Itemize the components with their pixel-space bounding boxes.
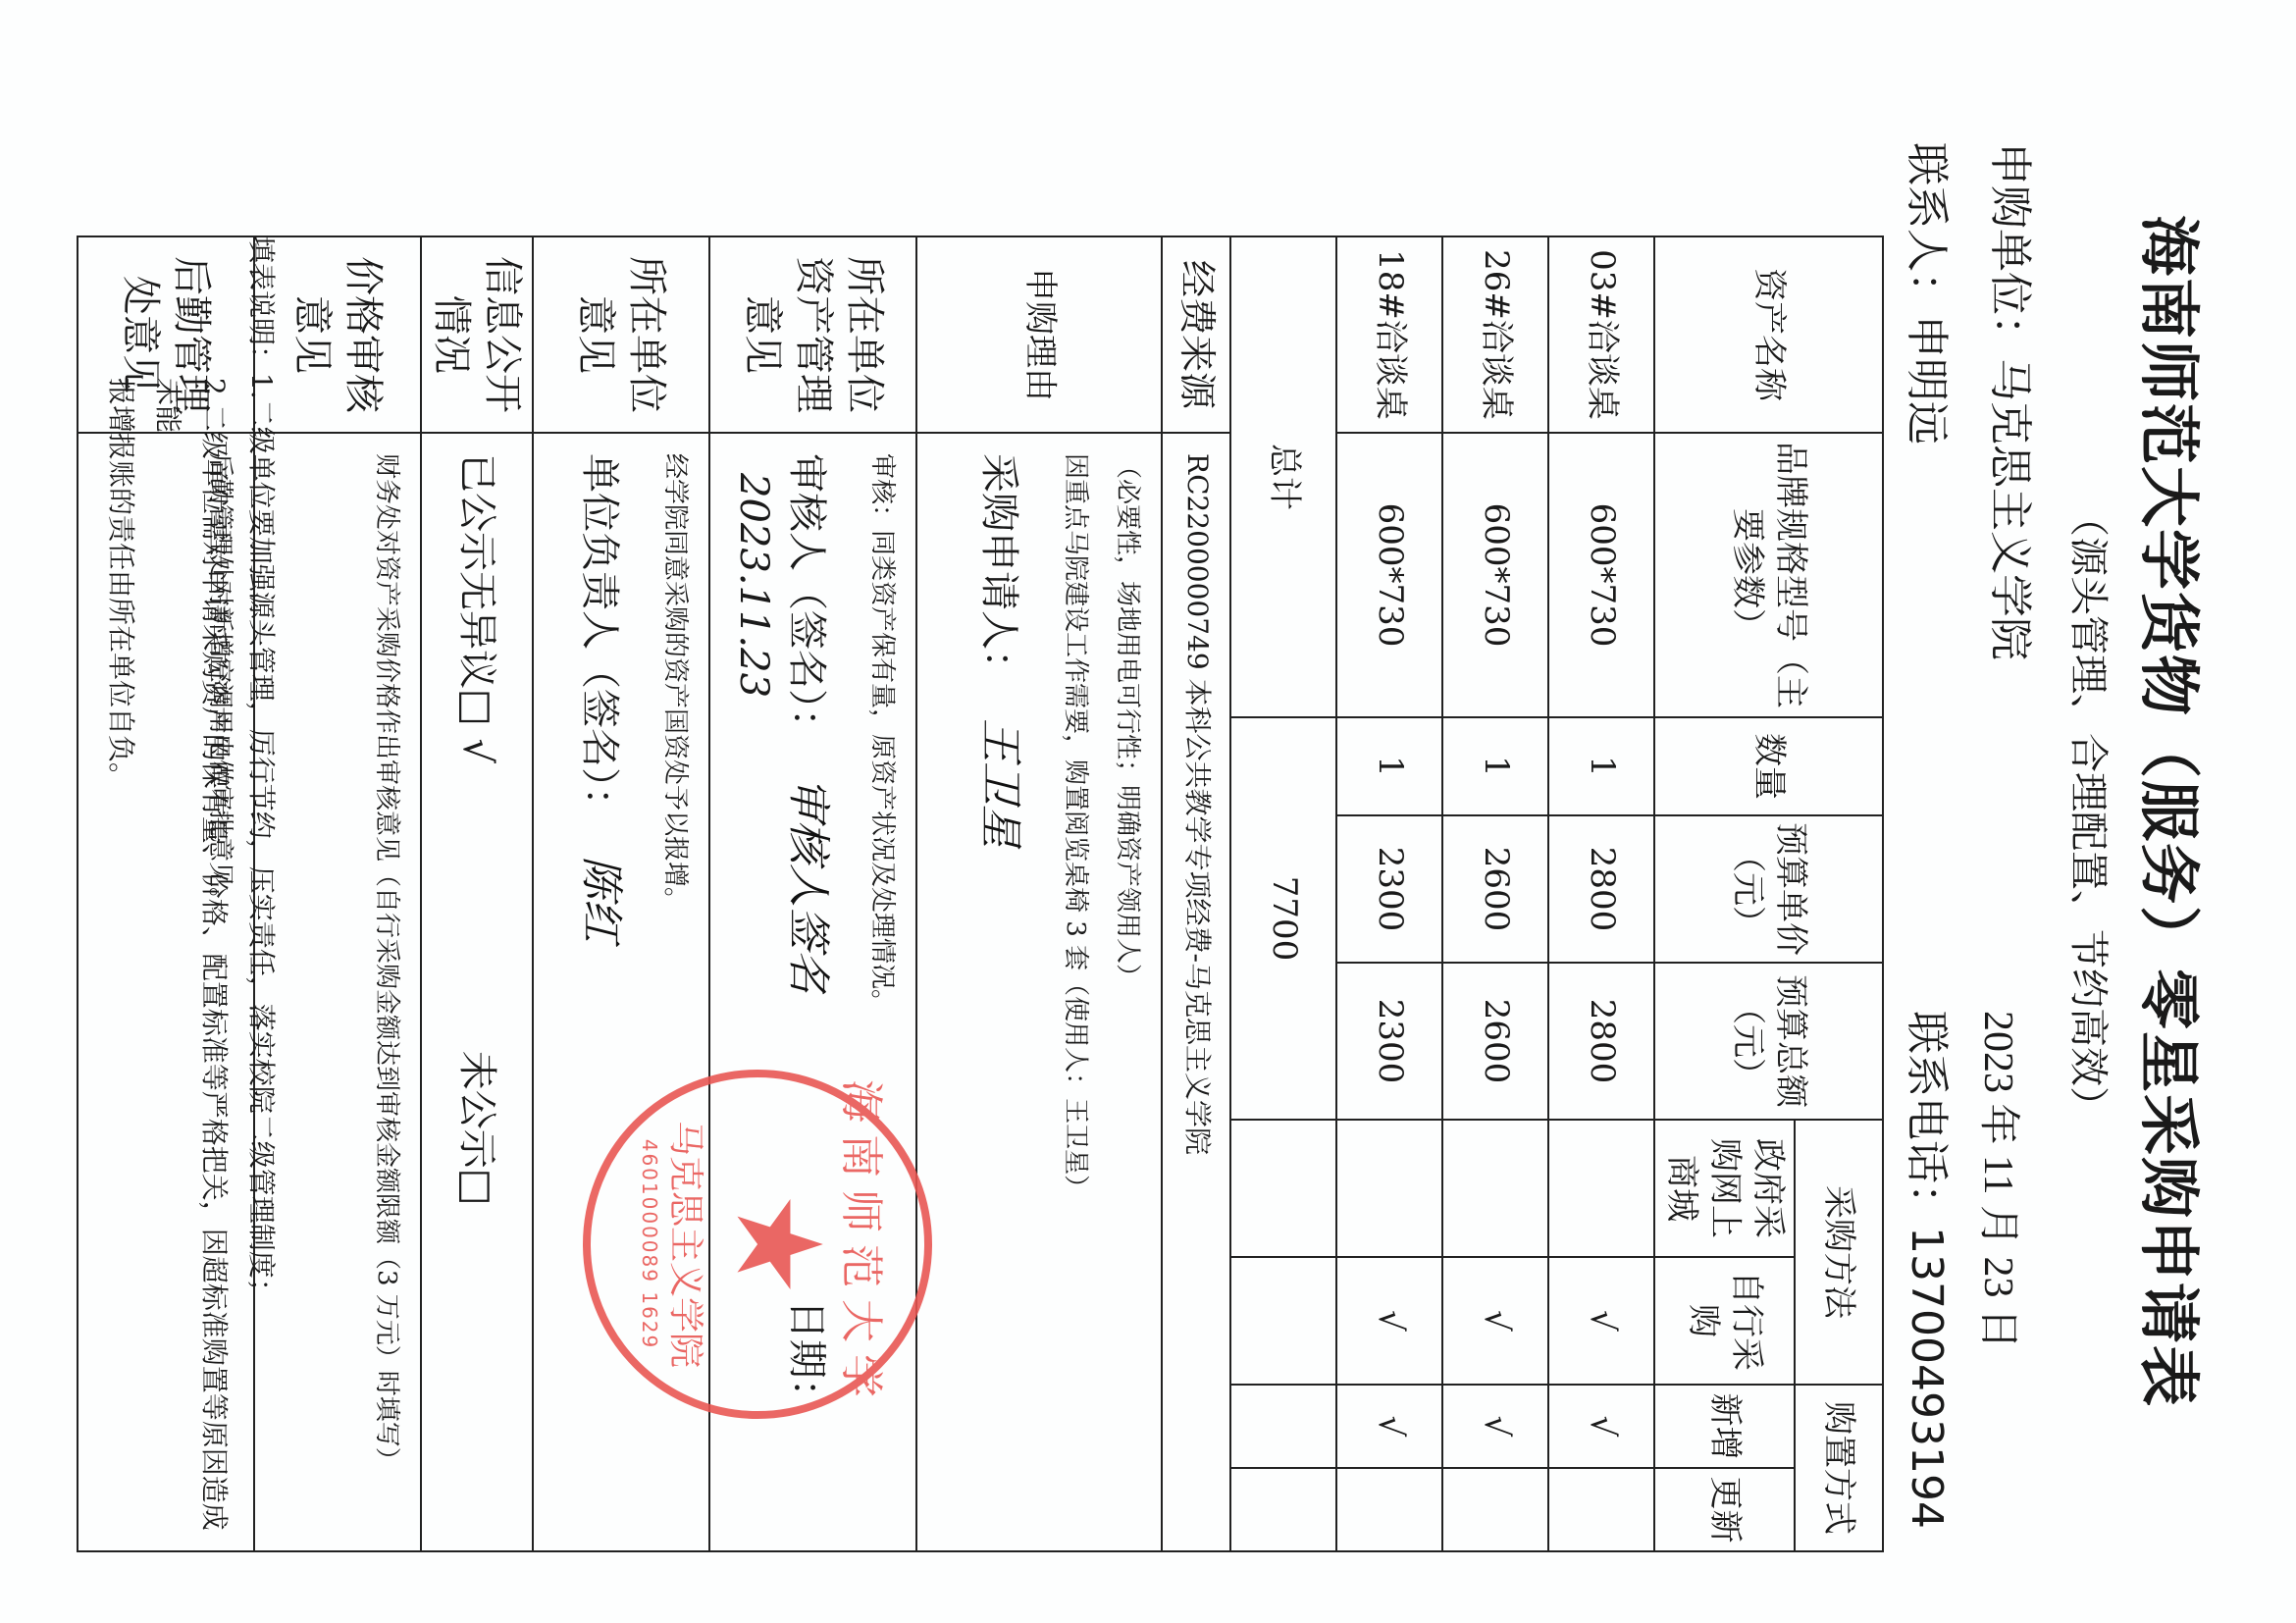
unit-opinion-cell: 经学院同意采购的资产国资处予以报增。 单位负责人（签名）：陈红	[533, 433, 709, 1551]
disclosure-not-checkbox[interactable]: 未公示□	[454, 1051, 499, 1206]
header-quantity: 数量	[1654, 717, 1883, 815]
reason-row: 申购理由 （必要性，场地用电可行性；明确资产领用人） 因重点马院建设工作需要，购…	[916, 236, 1162, 1551]
contact-person: 联系人：申明远	[1900, 142, 1962, 445]
header-type-new: 新增	[1654, 1385, 1795, 1468]
header-total: 预算总额（元）	[1654, 963, 1883, 1120]
unit-leader-signature: 陈红	[576, 856, 626, 942]
type-replace-check	[1336, 1468, 1442, 1551]
asset-qty: 1	[1442, 717, 1548, 815]
asset-total: 2600	[1442, 963, 1548, 1120]
total-label: 总计	[1230, 236, 1336, 717]
header-method-self: 自行采购	[1654, 1257, 1795, 1385]
table-row: 18#洽谈桌 600*730 1 2300 2300 √ √	[1336, 236, 1442, 1551]
reviewer-line: 审核人（签名）：审核人签名 日期：2023.11.23	[728, 453, 835, 1531]
disclosure-done-checkbox[interactable]: 已公示无异议□ √	[454, 453, 499, 763]
asset-total: 2300	[1336, 963, 1442, 1120]
phone-value: 13700493194	[1902, 1227, 1952, 1529]
funding-value: RC2200000749 本科公共教学专项经费-马克思主义学院	[1162, 433, 1230, 1551]
header-unit-price: 预算单价（元）	[1654, 815, 1883, 963]
reviewer-label: 审核人（签名）：	[784, 453, 829, 748]
header-type-replace: 更新	[1654, 1468, 1795, 1551]
applicant-unit: 申购单位：马克思主义学院	[1983, 142, 2046, 660]
reviewer-signature: 审核人签名	[783, 777, 833, 993]
method-gov-check	[1442, 1120, 1548, 1257]
asset-mgmt-row: 所在单位资产管理意见 审核：同类资产保有量，原资产状况及处理情况。 审核人（签名…	[709, 236, 916, 1551]
applicant-signature: 王卫星	[975, 718, 1025, 848]
unit-leader-line: 单位负责人（签名）：陈红	[572, 453, 628, 1531]
procurement-form-sheet: 海南师范大学货物（服务）零星采购申请表 （源头管理、合理配置、节约高效） 申购单…	[0, 0, 2296, 1623]
disclosure-cell: 已公示无异议□ √ 未公示□	[421, 433, 533, 1551]
unit-label: 申购单位：	[1985, 142, 2035, 358]
type-new-check: √	[1548, 1385, 1654, 1468]
asset-mgmt-hint: 审核：同类资产保有量，原资产状况及处理情况。	[865, 453, 899, 1531]
asset-name: 03#洽谈桌	[1548, 236, 1654, 433]
asset-unit-price: 2300	[1336, 815, 1442, 963]
table-row: 03#洽谈桌 600*730 1 2800 2800 √ √	[1548, 236, 1654, 1551]
note-line-1: 填表说明：1.二级单位要加强源头管理，厉行节约，压实责任，落实校院二级管理制度；	[237, 236, 285, 1550]
asset-total: 2800	[1548, 963, 1654, 1120]
asset-unit-price: 2600	[1442, 815, 1548, 963]
unit-opinion-text: 经学院同意采购的资产国资处予以报增。	[658, 453, 692, 1531]
unit-leader-label: 单位负责人（签名）：	[577, 453, 622, 826]
note-line-3: 报增报账的责任由所在单位自负。	[98, 236, 145, 1550]
asset-spec: 600*730	[1548, 433, 1654, 717]
type-replace-check	[1548, 1468, 1654, 1551]
method-self-check: √	[1548, 1257, 1654, 1385]
funding-label: 经费来源	[1162, 236, 1230, 433]
note-line-2: 2.二级单位需对申请采购资产的保有量、价格、配置标准等严格把关，因超标准购置等原…	[144, 236, 237, 1550]
unit-opinion-label: 所在单位意见	[533, 236, 709, 433]
method-self-check: √	[1336, 1257, 1442, 1385]
table-row: 26#洽谈桌 600*730 1 2600 2600 √ √	[1442, 236, 1548, 1551]
asset-qty: 1	[1548, 717, 1654, 815]
header-method-gov: 政府采购网上商城	[1654, 1120, 1795, 1257]
form-notes: 填表说明：1.二级单位要加强源头管理，厉行节约，压实责任，落实校院二级管理制度；…	[98, 236, 285, 1550]
asset-spec: 600*730	[1442, 433, 1548, 717]
contact-phone: 联系电话：13700493194	[1900, 1011, 1962, 1529]
method-gov-check	[1336, 1120, 1442, 1257]
applicant-label: 采购申请人：	[976, 453, 1021, 689]
header-asset-name: 资产名称	[1654, 236, 1883, 433]
asset-spec: 600*730	[1336, 433, 1442, 717]
header-type: 购置方式	[1795, 1385, 1883, 1551]
reason-text: 因重点马院建设工作需要，购置阅览桌椅 3 套（使用人：王卫星）	[1058, 453, 1091, 1531]
phone-label: 联系电话：	[1902, 1011, 1952, 1227]
asset-name: 26#洽谈桌	[1442, 236, 1548, 433]
contact-label: 联系人：	[1902, 142, 1952, 315]
applicant-line: 采购申请人：王卫星	[972, 453, 1028, 1531]
unit-value: 马克思主义学院	[1985, 358, 2035, 660]
form-title: 海南师范大学货物（服务）零星采购申请表	[2130, 0, 2218, 1623]
asset-mgmt-label: 所在单位资产管理意见	[709, 236, 916, 433]
form-date: 2023 年 11 月 23 日	[1972, 1011, 2031, 1349]
form-subtitle: （源头管理、合理配置、节约高效）	[2063, 0, 2119, 1623]
header-spec: 品牌规格型号（主要参数）	[1654, 433, 1883, 717]
disclosure-label: 信息公开情况	[421, 236, 533, 433]
asset-mgmt-cell: 审核：同类资产保有量，原资产状况及处理情况。 审核人（签名）：审核人签名 日期：…	[709, 433, 916, 1551]
review-date-label: 日期：	[784, 1300, 829, 1418]
procurement-table: 资产名称 品牌规格型号（主要参数） 数量 预算单价（元） 预算总额（元） 采购方…	[77, 236, 1884, 1552]
method-self-check: √	[1442, 1257, 1548, 1385]
contact-value: 申明远	[1902, 315, 1952, 445]
unit-opinion-row: 所在单位意见 经学院同意采购的资产国资处予以报增。 单位负责人（签名）：陈红	[533, 236, 709, 1551]
reason-hint: （必要性，场地用电可行性；明确资产领用人）	[1111, 453, 1144, 1531]
reason-cell: （必要性，场地用电可行性；明确资产领用人） 因重点马院建设工作需要，购置阅览桌椅…	[916, 433, 1162, 1551]
type-replace-check	[1442, 1468, 1548, 1551]
total-row: 总计 7700	[1230, 236, 1336, 1551]
disclosure-row: 信息公开情况 已公示无异议□ √ 未公示□	[421, 236, 533, 1551]
reason-label: 申购理由	[916, 236, 1162, 433]
method-gov-check	[1548, 1120, 1654, 1257]
asset-unit-price: 2800	[1548, 815, 1654, 963]
type-new-check: √	[1442, 1385, 1548, 1468]
type-new-check: √	[1336, 1385, 1442, 1468]
header-method: 采购方法	[1795, 1120, 1883, 1385]
review-date-value: 2023.11.23	[731, 473, 776, 698]
funding-row: 经费来源 RC2200000749 本科公共教学专项经费-马克思主义学院	[1162, 236, 1230, 1551]
total-value: 7700	[1230, 717, 1336, 1120]
asset-qty: 1	[1336, 717, 1442, 815]
asset-name: 18#洽谈桌	[1336, 236, 1442, 433]
